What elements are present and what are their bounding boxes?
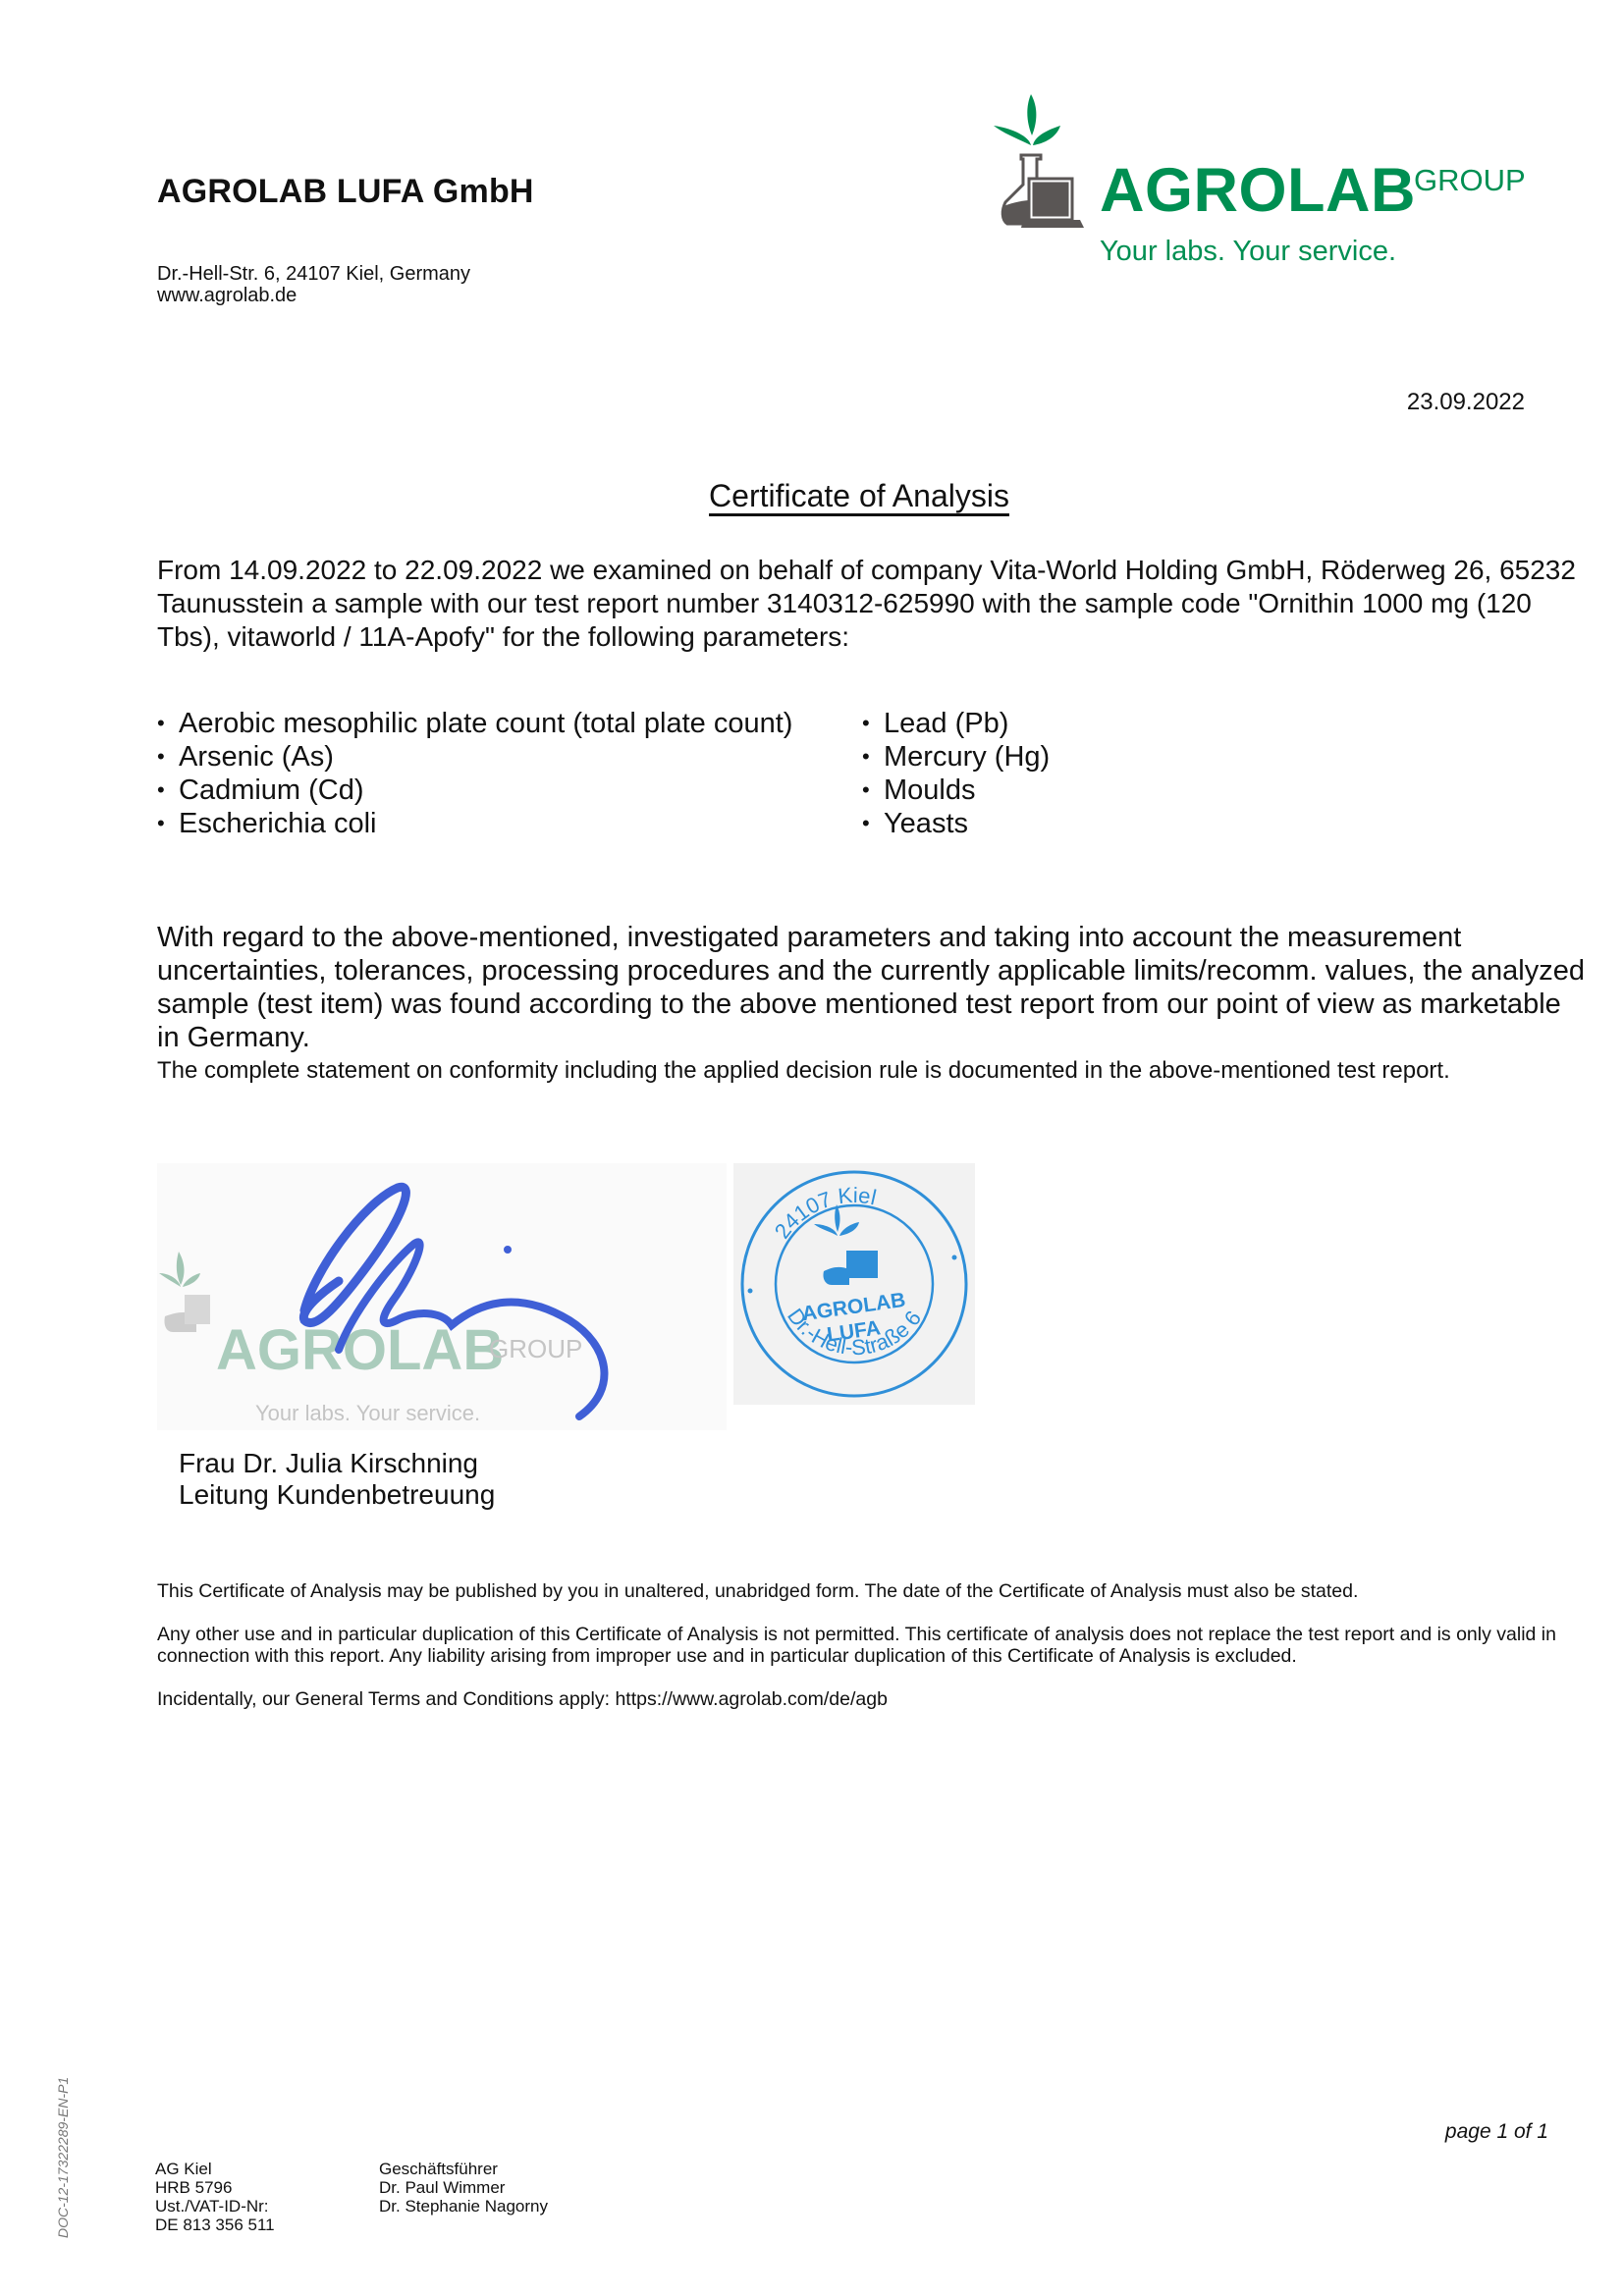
footer-management: Geschäftsführer Dr. Paul Wimmer Dr. Step… bbox=[379, 2160, 548, 2216]
logo-tagline: Your labs. Your service. bbox=[1100, 236, 1396, 268]
parameter-item: Moulds bbox=[862, 774, 1255, 807]
document-code: DOC-12-17322289-EN-P1 bbox=[55, 2077, 71, 2238]
signer-block: Frau Dr. Julia Kirschning Leitung Kunden… bbox=[179, 1448, 495, 1511]
parameter-column-1: Aerobic mesophilic plate count (total pl… bbox=[157, 707, 805, 840]
parameter-item: Aerobic mesophilic plate count (total pl… bbox=[157, 707, 807, 740]
intro-paragraph: From 14.09.2022 to 22.09.2022 we examine… bbox=[157, 554, 1581, 654]
parameter-item: Lead (Pb) bbox=[862, 707, 1255, 740]
note-duplication: Any other use and in particular duplicat… bbox=[157, 1624, 1591, 1667]
conclusion-paragraph: With regard to the above-mentioned, inve… bbox=[157, 921, 1591, 1054]
parameter-item: Arsenic (As) bbox=[157, 740, 805, 774]
certificate-date: 23.09.2022 bbox=[1407, 389, 1525, 416]
footer-registration: AG Kiel HRB 5796 Ust./VAT-ID-Nr: DE 813 … bbox=[155, 2160, 275, 2234]
svg-text:GROUP: GROUP bbox=[489, 1334, 582, 1363]
footer-line: Dr. Paul Wimmer bbox=[379, 2178, 548, 2197]
company-address: Dr.-Hell-Str. 6, 24107 Kiel, Germany www… bbox=[157, 263, 470, 306]
legal-notes: This Certificate of Analysis may be publ… bbox=[157, 1580, 1591, 1732]
page-number: page 1 of 1 bbox=[1445, 2120, 1548, 2144]
signer-name: Frau Dr. Julia Kirschning bbox=[179, 1448, 495, 1479]
parameter-item: Escherichia coli bbox=[157, 807, 805, 840]
footer-line: Dr. Stephanie Nagorny bbox=[379, 2197, 548, 2216]
signature-graphic: AGROLAB GROUP Your labs. Your service. bbox=[157, 1163, 727, 1430]
svg-text:24107 Kiel: 24107 Kiel bbox=[770, 1183, 879, 1244]
logo-group-text: GROUP bbox=[1414, 163, 1526, 198]
parameter-item: Mercury (Hg) bbox=[862, 740, 1255, 774]
flask-laptop-plant-icon bbox=[990, 86, 1098, 234]
company-name: AGROLAB LUFA GmbH bbox=[157, 173, 534, 211]
footer-line: HRB 5796 bbox=[155, 2178, 275, 2197]
signature-image: AGROLAB GROUP Your labs. Your service. bbox=[157, 1163, 727, 1430]
parameter-column-2: Lead (Pb) Mercury (Hg) Moulds Yeasts bbox=[862, 707, 1255, 840]
footer-line: Geschäftsführer bbox=[379, 2160, 548, 2178]
conformity-statement: The complete statement on conformity inc… bbox=[157, 1056, 1591, 1086]
title-text: Certificate of Analysis bbox=[709, 478, 1009, 513]
note-publication: This Certificate of Analysis may be publ… bbox=[157, 1580, 1591, 1602]
agrolab-group-logo: AGROLAB GROUP Your labs. Your service. bbox=[990, 86, 1579, 283]
footer-line: AG Kiel bbox=[155, 2160, 275, 2178]
company-stamp: 24107 Kiel Dr.-Hell-Straße 6 AGROLAB LUF… bbox=[733, 1163, 975, 1405]
svg-text:Your labs. Your service.: Your labs. Your service. bbox=[255, 1401, 480, 1425]
stamp-graphic: 24107 Kiel Dr.-Hell-Straße 6 AGROLAB LUF… bbox=[733, 1163, 975, 1405]
parameter-item: Yeasts bbox=[862, 807, 1255, 840]
website-link[interactable]: www.agrolab.de bbox=[157, 285, 470, 306]
footer-line: DE 813 356 511 bbox=[155, 2216, 275, 2234]
footer-line: Ust./VAT-ID-Nr: bbox=[155, 2197, 275, 2216]
logo-wordmark: AGROLAB bbox=[1100, 155, 1416, 226]
parameter-item: Cadmium (Cd) bbox=[157, 774, 805, 807]
svg-text:AGROLAB: AGROLAB bbox=[216, 1318, 504, 1382]
note-terms: Incidentally, our General Terms and Cond… bbox=[157, 1688, 1591, 1710]
document-title: Certificate of Analysis bbox=[0, 478, 1623, 514]
signer-role: Leitung Kundenbetreuung bbox=[179, 1479, 495, 1511]
address-line: Dr.-Hell-Str. 6, 24107 Kiel, Germany bbox=[157, 263, 470, 285]
